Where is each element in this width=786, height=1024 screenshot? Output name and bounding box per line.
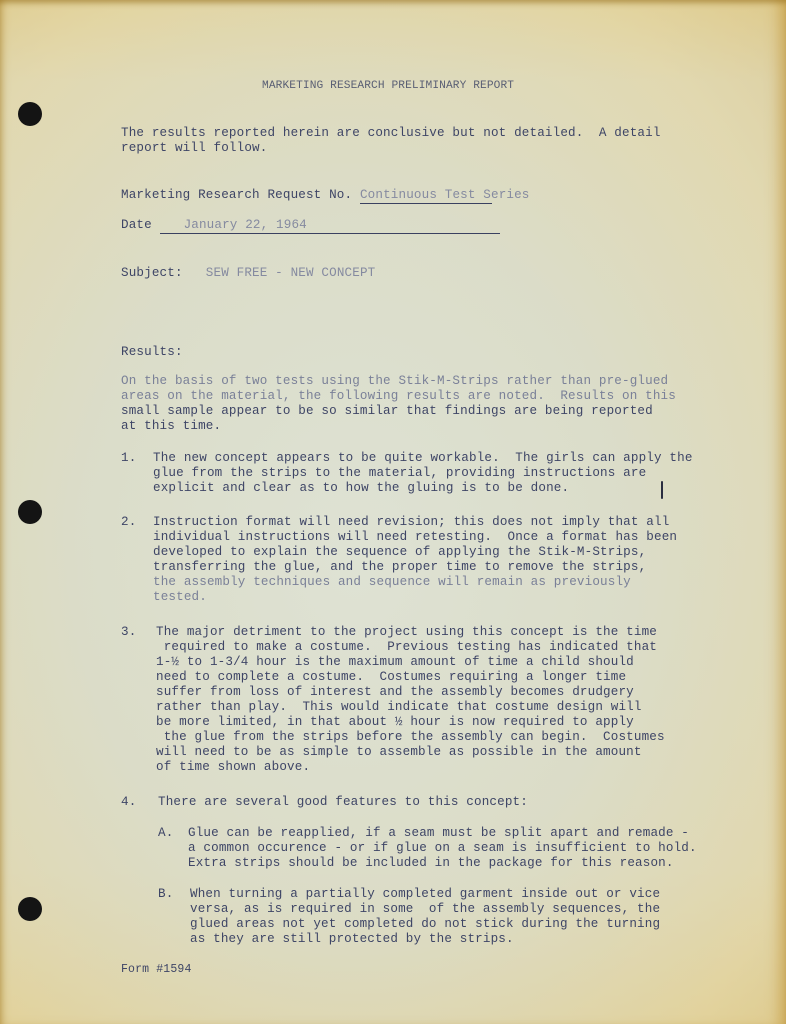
date-label: Date: [121, 218, 152, 232]
item-1-line-1: The new concept appears to be quite work…: [153, 451, 693, 466]
item-2-line-2: individual instructions will need retest…: [153, 530, 677, 545]
item-3-line-4: need to complete a costume. Costumes req…: [156, 670, 626, 685]
item-4-number: 4.: [121, 795, 136, 810]
item-4-line-1: There are several good features to this …: [158, 795, 528, 810]
request-value-line: Continuous Test Series: [360, 188, 492, 204]
results-intro-line-1: On the basis of two tests using the Stik…: [121, 374, 668, 389]
report-title: MARKETING RESEARCH PRELIMINARY REPORT: [262, 79, 514, 94]
item-4b-line-1: When turning a partially completed garme…: [190, 887, 660, 902]
item-4b-letter: B.: [158, 887, 173, 902]
item-3-line-7: be more limited, in that about ½ hour is…: [156, 715, 634, 730]
item-3-line-8: the glue from the strips before the asse…: [156, 730, 665, 745]
item-2-line-5: the assembly techniques and sequence wil…: [153, 575, 631, 590]
date-field: Date January 22, 1964: [121, 218, 500, 234]
item-4a-line-1: Glue can be reapplied, if a seam must be…: [188, 826, 689, 841]
item-2-number: 2.: [121, 515, 136, 530]
item-4a-letter: A.: [158, 826, 173, 841]
item-3-line-5: suffer from loss of interest and the ass…: [156, 685, 634, 700]
results-heading: Results:: [121, 345, 183, 360]
date-value-line: January 22, 1964: [160, 218, 500, 234]
margin-mark: [661, 481, 663, 499]
item-2-line-1: Instruction format will need revision; t…: [153, 515, 669, 530]
results-intro-line-2: areas on the material, the following res…: [121, 389, 676, 404]
subject-field: Subject: SEW FREE - NEW CONCEPT: [121, 266, 375, 281]
request-value: Continuous Test Series: [360, 188, 530, 202]
punch-hole-top: [18, 102, 42, 126]
date-value: January 22, 1964: [160, 218, 307, 232]
request-label: Marketing Research Request No.: [121, 188, 352, 202]
item-3-number: 3.: [121, 625, 136, 640]
item-4b-line-4: as they are still protected by the strip…: [190, 932, 514, 947]
item-1-line-3: explicit and clear as to how the gluing …: [153, 481, 569, 496]
item-3-line-10: of time shown above.: [156, 760, 310, 775]
results-intro-line-4: at this time.: [121, 419, 221, 434]
item-4a-line-2: a common occurence - or if glue on a sea…: [188, 841, 697, 856]
punch-hole-middle: [18, 500, 42, 524]
item-3-line-9: will need to be as simple to assemble as…: [156, 745, 642, 760]
form-number: Form #1594: [121, 962, 192, 977]
punch-hole-bottom: [18, 897, 42, 921]
item-2-line-6: tested.: [153, 590, 207, 605]
item-4b-line-3: glued areas not yet completed do not sti…: [190, 917, 660, 932]
item-3-line-1: The major detriment to the project using…: [156, 625, 657, 640]
item-1-number: 1.: [121, 451, 136, 466]
subject-value: SEW FREE - NEW CONCEPT: [206, 266, 376, 280]
item-3-line-2: required to make a costume. Previous tes…: [156, 640, 657, 655]
item-1-line-2: glue from the strips to the material, pr…: [153, 466, 646, 481]
request-field: Marketing Research Request No. Continuou…: [121, 188, 492, 204]
intro-line-2: report will follow.: [121, 141, 267, 156]
item-3-line-3: 1-½ to 1-3/4 hour is the maximum amount …: [156, 655, 634, 670]
item-3-line-6: rather than play. This would indicate th…: [156, 700, 642, 715]
item-4a-line-3: Extra strips should be included in the p…: [188, 856, 674, 871]
results-intro-line-3: small sample appear to be so similar tha…: [121, 404, 653, 419]
item-2-line-3: developed to explain the sequence of app…: [153, 545, 646, 560]
item-2-line-4: transferring the glue, and the proper ti…: [153, 560, 646, 575]
item-4b-line-2: versa, as is required in some of the ass…: [190, 902, 660, 917]
intro-line-1: The results reported herein are conclusi…: [121, 126, 661, 141]
subject-label: Subject:: [121, 266, 183, 280]
